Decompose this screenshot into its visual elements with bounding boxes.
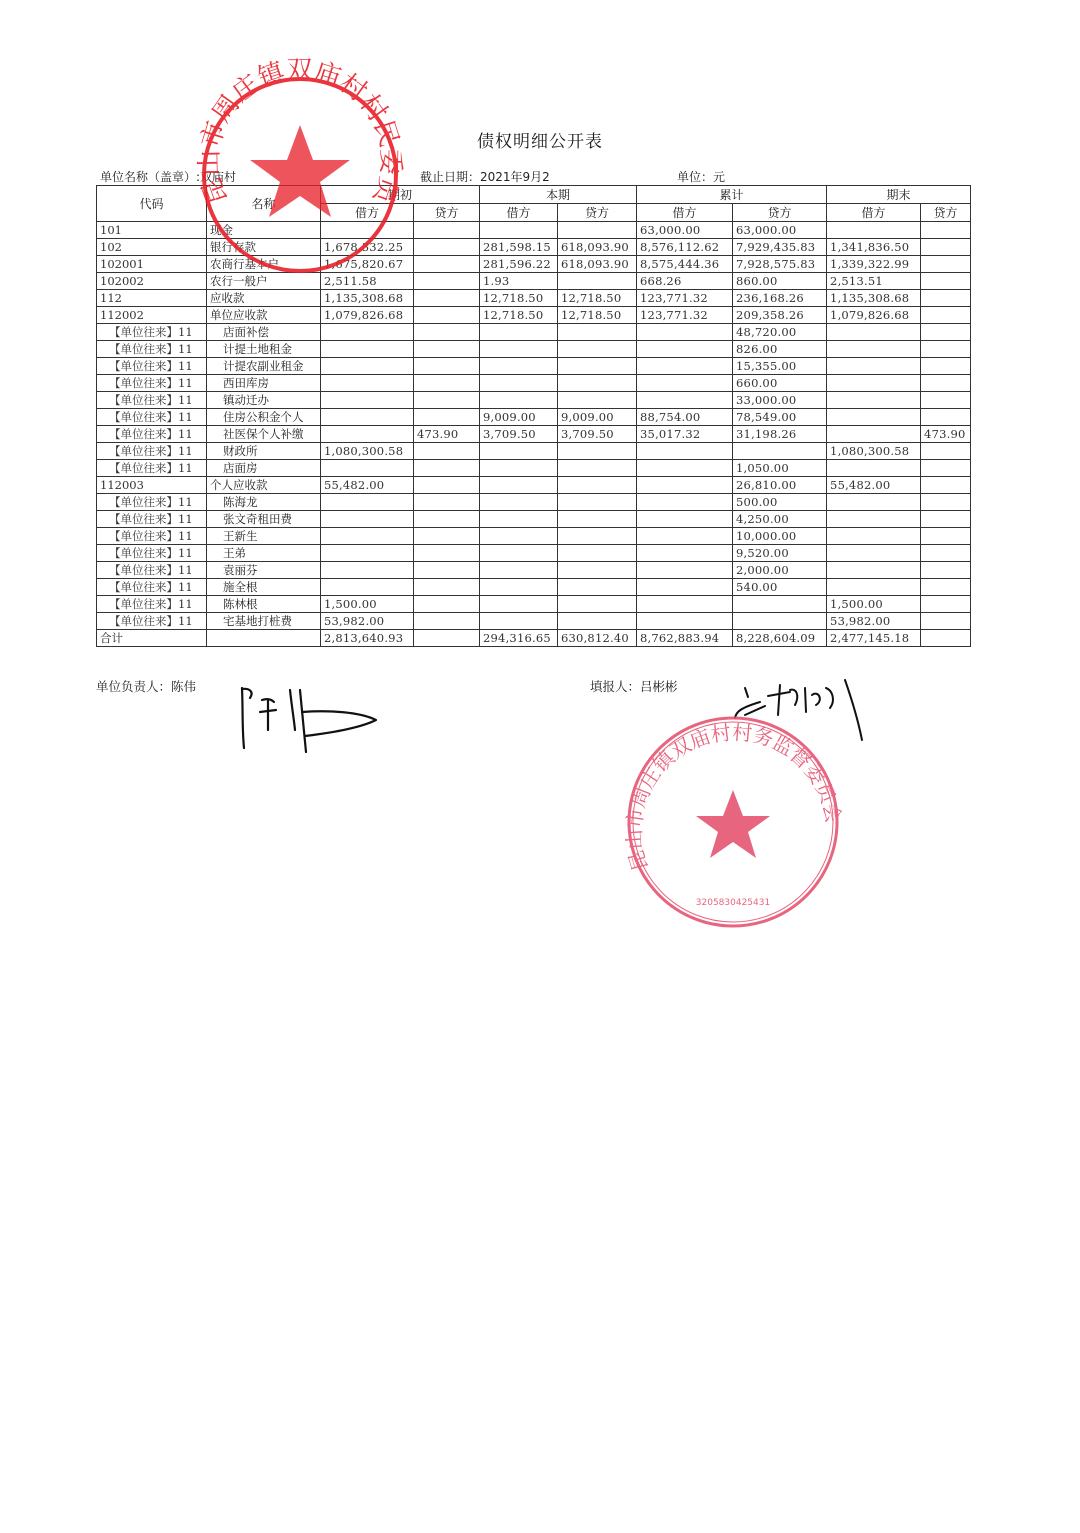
cell-amount [637,545,733,562]
cell-amount: 668.26 [637,273,733,290]
cell-amount: 500.00 [733,494,827,511]
cell-amount [414,358,480,375]
unit-name-label: 单位名称（盖章）:双庙村 [100,168,236,185]
cell-amount: 1,135,308.68 [321,290,414,307]
cell-amount [414,409,480,426]
table-body: 101现金63,000.0063,000.00102银行存款1,678,332.… [97,222,971,647]
cell-amount [733,596,827,613]
cell-code: 【单位往来】11 [97,545,207,562]
table-row: 102002农行一般户2,511.581.93668.26860.002,513… [97,273,971,290]
cell-amount [321,579,414,596]
cell-amount [827,460,921,477]
cell-amount [414,460,480,477]
col-header-credit: 贷方 [558,204,637,222]
cell-amount [637,494,733,511]
cell-amount: 4,250.00 [733,511,827,528]
cell-amount [558,545,637,562]
cell-amount [480,528,558,545]
col-header-credit: 贷方 [921,204,971,222]
cell-amount: 9,009.00 [558,409,637,426]
cell-amount [321,375,414,392]
cell-name: 王新生 [207,528,321,545]
cell-amount [827,409,921,426]
table-row: 101现金63,000.0063,000.00 [97,222,971,239]
cell-code: 112002 [97,307,207,324]
cell-amount [414,256,480,273]
cell-name: 财政所 [207,443,321,460]
cell-amount [321,545,414,562]
cell-amount [480,222,558,239]
cell-amount [637,375,733,392]
cell-amount [414,290,480,307]
cell-amount: 12,718.50 [480,290,558,307]
table-row: 【单位往来】11店面房1,050.00 [97,460,971,477]
cell-amount [321,358,414,375]
cell-name: 袁丽芬 [207,562,321,579]
cell-code: 【单位往来】11 [97,341,207,358]
cell-name: 施全根 [207,579,321,596]
cell-amount: 9,009.00 [480,409,558,426]
cell-amount [321,222,414,239]
cell-amount [921,494,971,511]
cell-amount: 31,198.26 [733,426,827,443]
total-amount: 630,812.40 [558,630,637,647]
table-row: 【单位往来】11社医保个人补缴473.903,709.503,709.5035,… [97,426,971,443]
cell-amount [921,528,971,545]
cell-amount: 1,500.00 [827,596,921,613]
cell-name: 单位应收款 [207,307,321,324]
preparer-label: 填报人：吕彬彬 [590,677,678,695]
table-row: 【单位往来】11陈林根1,500.001,500.00 [97,596,971,613]
cell-amount: 1,341,836.50 [827,239,921,256]
cell-amount: 55,482.00 [827,477,921,494]
table-row: 【单位往来】11镇动迁办33,000.00 [97,392,971,409]
cell-amount [827,324,921,341]
cell-amount [637,562,733,579]
cell-name: 应收款 [207,290,321,307]
cell-amount: 35,017.32 [637,426,733,443]
cell-amount [414,324,480,341]
cell-amount: 473.90 [921,426,971,443]
star-icon [696,790,770,858]
cell-amount: 7,928,575.83 [733,256,827,273]
cell-amount [637,477,733,494]
cell-amount [921,273,971,290]
cell-amount [480,562,558,579]
cell-amount: 1,079,826.68 [321,307,414,324]
cell-amount: 53,982.00 [321,613,414,630]
cell-code: 【单位往来】11 [97,324,207,341]
cell-amount [414,443,480,460]
cell-amount [921,409,971,426]
cell-amount [558,341,637,358]
cell-amount: 473.90 [414,426,480,443]
cell-amount [558,358,637,375]
cell-amount: 1,079,826.68 [827,307,921,324]
cell-amount [558,579,637,596]
col-group-opening: 期初 [321,186,480,204]
cell-amount: 9,520.00 [733,545,827,562]
cell-amount: 88,754.00 [637,409,733,426]
cell-name: 西田库房 [207,375,321,392]
col-header-debit: 借方 [637,204,733,222]
col-header-debit: 借方 [827,204,921,222]
total-amount [921,630,971,647]
cell-amount [480,460,558,477]
cell-amount [827,341,921,358]
cell-amount [480,613,558,630]
cell-amount [558,494,637,511]
cell-amount: 1,135,308.68 [827,290,921,307]
cell-amount [414,222,480,239]
cell-code: 【单位往来】11 [97,613,207,630]
cell-name: 店面补偿 [207,324,321,341]
seal-ring-inner [633,722,833,922]
cell-amount: 2,513.51 [827,273,921,290]
cell-amount [558,528,637,545]
cell-amount: 63,000.00 [637,222,733,239]
cell-amount [321,409,414,426]
cell-code: 【单位往来】11 [97,409,207,426]
cell-code: 【单位往来】11 [97,426,207,443]
cell-name: 店面房 [207,460,321,477]
cell-amount: 209,358.26 [733,307,827,324]
cell-amount [827,545,921,562]
table-row: 【单位往来】11店面补偿48,720.00 [97,324,971,341]
col-header-credit: 贷方 [414,204,480,222]
cell-name: 社医保个人补缴 [207,426,321,443]
cell-amount [480,358,558,375]
cell-amount [637,392,733,409]
cell-amount [414,545,480,562]
cell-amount: 281,596.22 [480,256,558,273]
col-group-cumulative: 累计 [637,186,827,204]
cell-amount [321,426,414,443]
cell-name: 王弟 [207,545,321,562]
cell-amount [558,613,637,630]
cell-amount [827,392,921,409]
cell-amount [827,511,921,528]
cell-amount [921,392,971,409]
cell-amount [558,596,637,613]
table-row: 【单位往来】11袁丽芬2,000.00 [97,562,971,579]
cell-amount [558,324,637,341]
table-row: 112应收款1,135,308.6812,718.5012,718.50123,… [97,290,971,307]
cell-amount [480,477,558,494]
cell-amount [637,579,733,596]
cell-amount: 1,675,820.67 [321,256,414,273]
cell-amount [637,443,733,460]
col-header-debit: 借方 [321,204,414,222]
cell-amount [414,596,480,613]
cell-amount [921,358,971,375]
currency-unit-label: 单位：元 [677,168,725,185]
cell-amount [827,579,921,596]
cell-amount [414,392,480,409]
cell-amount [637,511,733,528]
cell-amount [480,392,558,409]
table-row: 【单位往来】11宅基地打桩费53,982.0053,982.00 [97,613,971,630]
cell-name: 现金 [207,222,321,239]
cell-amount [921,477,971,494]
cell-code: 112 [97,290,207,307]
cell-code: 112003 [97,477,207,494]
cell-amount [827,375,921,392]
cell-amount: 3,709.50 [558,426,637,443]
cell-amount [480,579,558,596]
cell-code: 101 [97,222,207,239]
cutoff-date-label: 截止日期：2021年9月2 [420,168,550,185]
cell-amount [558,511,637,528]
cell-amount [921,596,971,613]
col-header-code: 代码 [97,186,207,222]
cell-code: 【单位往来】11 [97,596,207,613]
cell-amount [921,341,971,358]
total-amount: 8,762,883.94 [637,630,733,647]
cell-amount: 1,500.00 [321,596,414,613]
cell-amount: 53,982.00 [827,613,921,630]
table-row: 【单位往来】11计提土地租金826.00 [97,341,971,358]
cell-code: 【单位往来】11 [97,562,207,579]
bottom-seal: 昆山市周庄镇双庙村村务监督委员会 3205830425431 [622,718,846,926]
cell-amount [558,222,637,239]
table-row: 【单位往来】11住房公积金个人9,009.009,009.0088,754.00… [97,409,971,426]
cell-code: 【单位往来】11 [97,375,207,392]
cell-code: 【单位往来】11 [97,528,207,545]
cell-amount [921,579,971,596]
table-row: 112002单位应收款1,079,826.6812,718.5012,718.5… [97,307,971,324]
table-row: 【单位往来】11王新生10,000.00 [97,528,971,545]
cell-amount: 2,000.00 [733,562,827,579]
cell-amount [637,324,733,341]
cell-amount [637,341,733,358]
cell-amount: 1,678,332.25 [321,239,414,256]
cell-amount [414,307,480,324]
cell-code: 102 [97,239,207,256]
cell-amount [321,511,414,528]
seal-number: 3205830425431 [696,898,770,908]
cell-amount [637,528,733,545]
signature-head [242,688,376,752]
cell-code: 【单位往来】11 [97,494,207,511]
table-row: 【单位往来】11施全根540.00 [97,579,971,596]
cell-amount [480,596,558,613]
cell-amount [414,562,480,579]
unit-head-label: 单位负责人：陈伟 [96,677,196,695]
cell-amount: 1,080,300.58 [321,443,414,460]
cell-code: 【单位往来】11 [97,511,207,528]
cell-amount [558,273,637,290]
cell-amount: 1,080,300.58 [827,443,921,460]
cell-name: 银行存款 [207,239,321,256]
cell-amount [414,613,480,630]
table-row: 【单位往来】11计提农副业租金15,355.00 [97,358,971,375]
cell-amount [921,239,971,256]
cell-amount [921,375,971,392]
cell-amount [321,528,414,545]
cell-amount [921,307,971,324]
document-title: 债权明细公开表 [0,127,1080,152]
cell-amount [321,392,414,409]
cell-amount: 123,771.32 [637,290,733,307]
cell-amount [733,613,827,630]
cell-amount: 618,093.90 [558,239,637,256]
cell-amount [321,324,414,341]
seal-ring [629,718,837,926]
cell-amount [321,460,414,477]
claims-detail-table: 代码 名称 期初 本期 累计 期末 借方 贷方 借方 贷方 借方 贷方 借方 贷… [96,185,971,647]
cell-amount [921,290,971,307]
total-amount [414,630,480,647]
table-row: 【单位往来】11西田库房660.00 [97,375,971,392]
cell-amount: 7,929,435.83 [733,239,827,256]
cell-amount [414,477,480,494]
cell-amount: 3,709.50 [480,426,558,443]
col-header-credit: 贷方 [733,204,827,222]
cell-amount [414,273,480,290]
cell-amount [921,511,971,528]
cell-amount: 826.00 [733,341,827,358]
cell-amount [921,222,971,239]
table-row: 102001农商行基本户1,675,820.67281,596.22618,09… [97,256,971,273]
table-row: 【单位往来】11财政所1,080,300.581,080,300.58 [97,443,971,460]
total-amount: 2,477,145.18 [827,630,921,647]
cell-name: 宅基地打桩费 [207,613,321,630]
cell-amount [921,562,971,579]
col-group-current: 本期 [480,186,637,204]
cell-amount [414,494,480,511]
cell-amount: 63,000.00 [733,222,827,239]
total-amount: 294,316.65 [480,630,558,647]
table-row: 【单位往来】11陈海龙500.00 [97,494,971,511]
cell-code: 【单位往来】11 [97,358,207,375]
table-row: 112003个人应收款55,482.0026,810.0055,482.00 [97,477,971,494]
cell-code: 102002 [97,273,207,290]
cell-amount [480,545,558,562]
cell-code: 【单位往来】11 [97,460,207,477]
table-row: 【单位往来】11王弟9,520.00 [97,545,971,562]
cell-amount: 1,050.00 [733,460,827,477]
cell-amount [480,494,558,511]
cell-amount: 618,093.90 [558,256,637,273]
cell-amount: 12,718.50 [558,307,637,324]
total-amount: 8,228,604.09 [733,630,827,647]
cell-amount [921,545,971,562]
cell-amount: 660.00 [733,375,827,392]
cell-amount [321,562,414,579]
cell-amount [827,426,921,443]
cell-amount [480,324,558,341]
cell-amount [480,443,558,460]
total-amount: 2,813,640.93 [321,630,414,647]
cell-name: 农商行基本户 [207,256,321,273]
cell-amount [921,256,971,273]
cell-amount: 1.93 [480,273,558,290]
table-row: 【单位往来】11张文奇租田费4,250.00 [97,511,971,528]
cell-amount [921,443,971,460]
cell-amount [414,579,480,596]
cell-name: 计提农副业租金 [207,358,321,375]
cell-amount [480,511,558,528]
cell-amount: 48,720.00 [733,324,827,341]
cell-amount [414,528,480,545]
cell-amount [558,562,637,579]
cell-amount: 26,810.00 [733,477,827,494]
cell-amount [827,562,921,579]
cell-name: 镇动迁办 [207,392,321,409]
cell-amount: 123,771.32 [637,307,733,324]
cell-amount [558,443,637,460]
cell-name: 农行一般户 [207,273,321,290]
cell-amount: 540.00 [733,579,827,596]
cell-amount: 10,000.00 [733,528,827,545]
cell-amount: 55,482.00 [321,477,414,494]
cell-amount: 12,718.50 [558,290,637,307]
cell-amount: 33,000.00 [733,392,827,409]
cell-amount [558,392,637,409]
cell-amount [321,494,414,511]
cell-amount: 8,575,444.36 [637,256,733,273]
col-header-debit: 借方 [480,204,558,222]
cell-amount [414,341,480,358]
cell-amount: 281,598.15 [480,239,558,256]
cell-amount: 15,355.00 [733,358,827,375]
col-header-name: 名称 [207,186,321,222]
cell-amount [637,460,733,477]
table-row: 102银行存款1,678,332.25281,598.15618,093.908… [97,239,971,256]
cell-amount [558,375,637,392]
header-row-groups: 代码 名称 期初 本期 累计 期末 [97,186,971,204]
cell-amount [321,341,414,358]
cell-amount [480,375,558,392]
cell-amount: 860.00 [733,273,827,290]
cell-amount: 236,168.26 [733,290,827,307]
seal-text: 昆山市周庄镇双庙村村务监督委员会 [622,720,846,874]
cell-amount [827,528,921,545]
cell-amount [637,358,733,375]
cell-amount: 78,549.00 [733,409,827,426]
cell-amount [414,511,480,528]
cell-amount [558,460,637,477]
cell-amount [827,494,921,511]
cell-amount [637,596,733,613]
total-row: 合计2,813,640.93294,316.65630,812.408,762,… [97,630,971,647]
cell-amount [921,324,971,341]
cell-code: 【单位往来】11 [97,443,207,460]
cell-name: 陈林根 [207,596,321,613]
cell-name [207,630,321,647]
cell-amount [480,341,558,358]
total-label: 合计 [97,630,207,647]
cell-amount: 12,718.50 [480,307,558,324]
cell-name: 张文奇租田费 [207,511,321,528]
cell-amount [827,222,921,239]
cell-name: 陈海龙 [207,494,321,511]
signature-preparer [735,680,862,740]
cell-name: 住房公积金个人 [207,409,321,426]
cell-amount: 1,339,322.99 [827,256,921,273]
cell-code: 【单位往来】11 [97,392,207,409]
cell-amount [558,477,637,494]
cell-name: 计提土地租金 [207,341,321,358]
cell-amount [921,460,971,477]
cell-amount: 2,511.58 [321,273,414,290]
cell-amount [414,239,480,256]
cell-amount: 8,576,112.62 [637,239,733,256]
cell-amount [827,358,921,375]
cell-amount [414,375,480,392]
cell-amount [921,613,971,630]
